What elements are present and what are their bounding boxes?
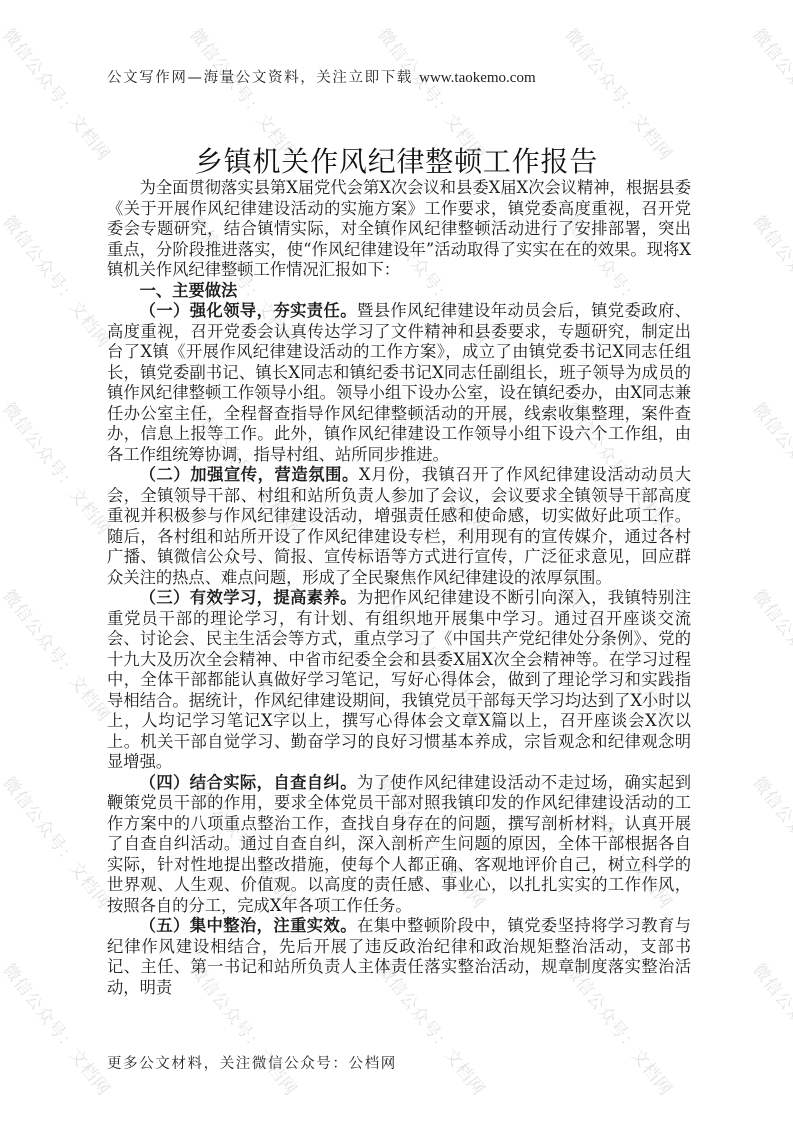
paragraph-text: 暨县作风纪律建设年动员会后，镇党委政府、高度重视，召开党委会认真传达学习了文件精… xyxy=(107,301,691,464)
paragraph-lead: （二）加强宣传，营造氛围。 xyxy=(140,465,359,484)
paragraph-lead: （一）强化领导，夯实责任。 xyxy=(140,301,357,320)
paragraph-text: 为把作风纪律建设不断引向深入，我镇特别注重党员干部的理论学习，有计划、有组织地开… xyxy=(107,588,691,771)
document-body: 为全面贯彻落实县第X届党代会第X次会议和县委X届X次会议精神，根据县委《关于开展… xyxy=(107,178,691,998)
header-url: www.taokemo.com xyxy=(419,70,536,86)
body-paragraph-2: （二）加强宣传，营造氛围。X月份，我镇召开了作风纪律建设活动动员大会，全镇领导干… xyxy=(107,465,691,588)
paragraph-lead: （五）集中整治，注重实效。 xyxy=(140,916,357,935)
paragraph-text: 为了使作风纪律建设活动不走过场，确实起到鞭策党员干部的作用，要求全体党员干部对照… xyxy=(107,773,691,915)
body-paragraph-3: （三）有效学习，提高素养。为把作风纪律建设不断引向深入，我镇特别注重党员干部的理… xyxy=(107,588,691,773)
body-paragraph-5: （五）集中整治，注重实效。在集中整顿阶段中，镇党委坚持将学习教育与纪律作风建设相… xyxy=(107,916,691,998)
document-title: 乡镇机关作风纪律整顿工作报告 xyxy=(0,140,793,180)
paragraph-lead: （四）结合实际，自查自纠。 xyxy=(140,773,357,792)
section-heading: 一、主要做法 xyxy=(107,281,691,302)
watermark-text: 微信公众号：文档网 xyxy=(748,396,793,561)
page-footer: 更多公文材料，关注微信公众号：公档网 xyxy=(107,1052,397,1073)
watermark-text: 微信公众号：文档网 xyxy=(748,957,793,1122)
intro-paragraph: 为全面贯彻落实县第X届党代会第X次会议和县委X届X次会议精神，根据县委《关于开展… xyxy=(107,178,691,281)
page-header: 公文写作网—海量公文资料，关注立即下载 www.taokemo.com xyxy=(107,66,536,87)
watermark-text: 微信公众号：文档网 xyxy=(748,209,793,374)
watermark-text: 微信公众号：文档网 xyxy=(748,770,793,935)
body-paragraph-1: （一）强化领导，夯实责任。暨县作风纪律建设年动员会后，镇党委政府、高度重视，召开… xyxy=(107,301,691,465)
paragraph-lead: （三）有效学习，提高素养。 xyxy=(140,588,357,607)
header-text: 公文写作网—海量公文资料，关注立即下载 xyxy=(107,70,413,86)
watermark-text: 微信公众号：文档网 xyxy=(748,583,793,748)
body-paragraph-4: （四）结合实际，自查自纠。为了使作风纪律建设活动不走过场，确实起到鞭策党员干部的… xyxy=(107,773,691,917)
